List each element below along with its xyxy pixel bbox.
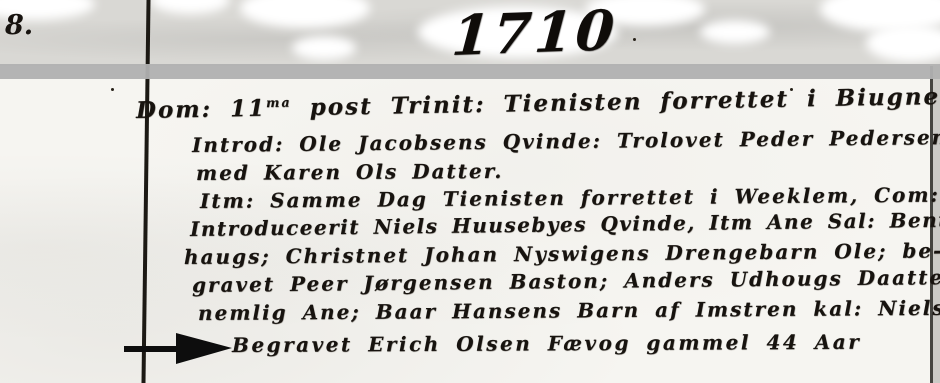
arrow-tail	[124, 346, 182, 352]
paper-blotch	[292, 36, 356, 60]
paper-blotch	[700, 20, 770, 44]
page-number: 8.	[5, 10, 33, 41]
arrow-marker-icon	[124, 333, 232, 364]
record-line: Begravet Erich Olsen Fævog gammel 44 Aar	[232, 330, 861, 357]
heading-text-prefix: Dom: 11	[136, 95, 267, 124]
year-heading: 1710	[450, 0, 620, 68]
ink-speck	[633, 38, 636, 41]
arrow-head	[176, 333, 232, 364]
record-line: med Karen Ols Datter.	[196, 159, 504, 185]
manuscript-scan-page: 8. 1710 Dom: 11ma post Trinit: Tienisten…	[0, 0, 940, 383]
ink-speck	[111, 88, 114, 91]
ordinal-superscript: ma	[266, 95, 292, 110]
